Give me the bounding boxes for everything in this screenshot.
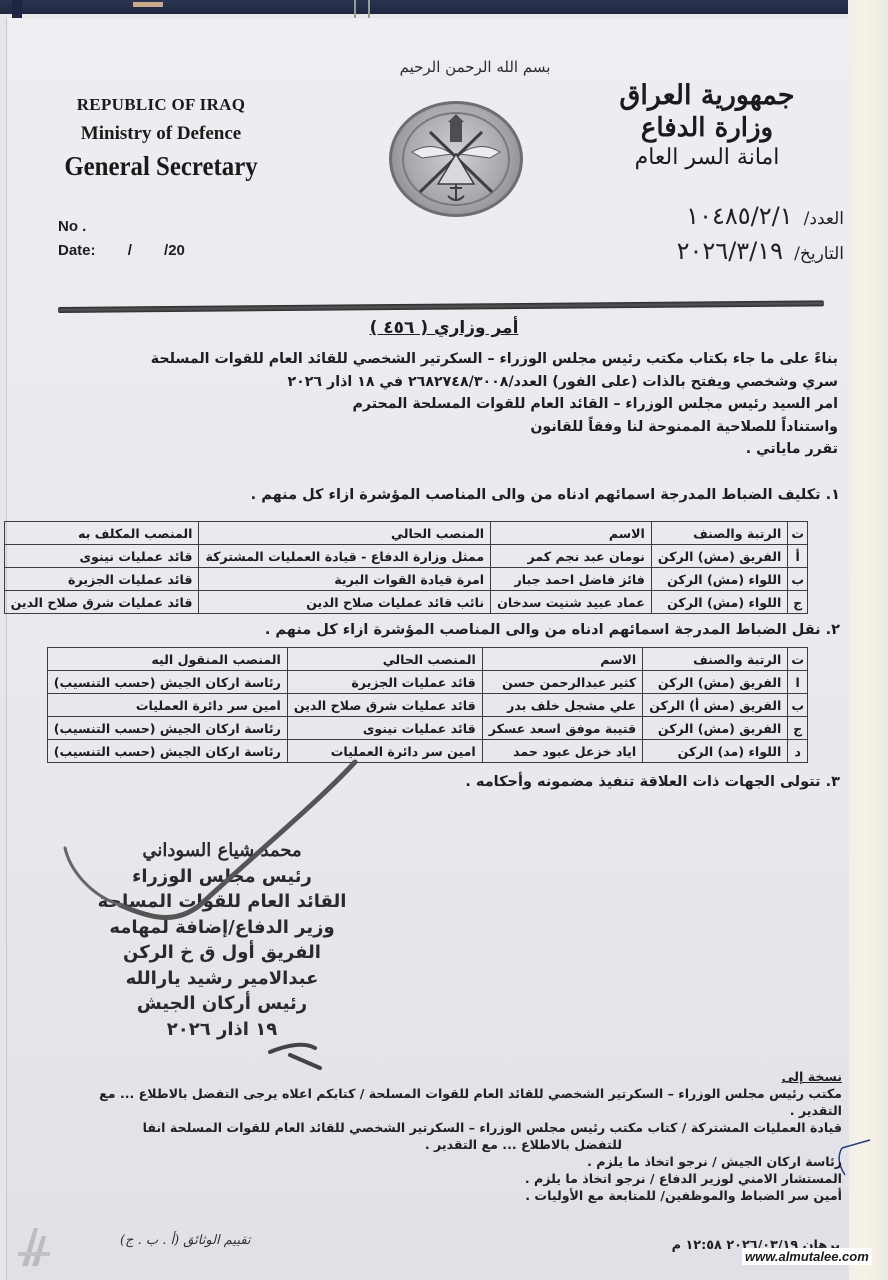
rank-cell: الفريق (مش) الركن (643, 717, 788, 740)
name-cell: فائز فاضل احمد جبار (491, 568, 652, 591)
preamble-line: امر السيد رئيس مجلس الوزراء – القائد الع… (58, 393, 838, 416)
rank-cell: الفريق (مش) الركن (643, 671, 788, 694)
column-header: ت (788, 648, 808, 671)
deputy-name: عبدالامير رشيد يارالله (72, 966, 372, 992)
copies-title: نسخة إلى (52, 1068, 842, 1085)
source-watermark-link[interactable]: www.almutalee.com (742, 1248, 872, 1265)
preamble-line: سري وشخصي ويفتح بالذات (على الفور) العدد… (58, 371, 838, 394)
watermark-logo-icon (14, 1222, 54, 1267)
date-year: /20 (164, 239, 185, 263)
copy-recipient-cont: للتفضل بالاطلاع ... مع التقدير . (52, 1136, 842, 1153)
date-label-ar: التاريخ/ (794, 244, 844, 264)
date-field-en: Date: / /20 (58, 239, 185, 263)
table-row: ج اللواء (مش) الركن عماد عبيد شنيت سدخان… (4, 591, 807, 614)
transfer-post-cell: رئاسة اركان الجيش (حسب التنسيب) (47, 717, 287, 740)
name-cell: اياد خزعل عبود حمد (482, 740, 642, 763)
column-header: الرتبة والصنف (651, 522, 787, 545)
country-name-ar: جمهورية العراق (592, 80, 822, 111)
table-row: أ الفريق (مش) الركن نومان عبد نجم كمر مم… (4, 545, 807, 568)
transfer-post-cell: رئاسة اركان الجيش (حسب التنسيب) (47, 671, 287, 694)
name-cell: علي مشجل خلف بدر (482, 694, 642, 717)
binder-tab (133, 2, 163, 7)
english-reference: No . Date: / /20 (58, 215, 185, 263)
rank-cell: اللواء (مد) الركن (643, 740, 788, 763)
paper-clip-wire (354, 0, 356, 20)
country-name-en: REPUBLIC OF IRAQ (50, 95, 272, 115)
document-classification-note: تقييم الوثائق (أ . ب . ج) (120, 1233, 250, 1248)
section-3-text: ٣. تتولى الجهات ذات العلاقة تنفيذ مضمونه… (465, 774, 840, 790)
copy-recipient: رئاسة اركان الجيش / نرجو اتخاذ ما يلزم . (52, 1153, 842, 1170)
preamble-line: واستناداً للصلاحية الممنوحة لنا وفقاً لل… (58, 416, 838, 439)
signatory-title: رئيس مجلس الوزراء (72, 864, 372, 890)
column-header: الاسم (482, 648, 642, 671)
copy-recipient: مكتب رئيس مجلس الوزراء – السكرتير الشخصي… (52, 1085, 842, 1119)
rank-cell: اللواء (مش) الركن (651, 591, 787, 614)
assignment-table: ت الرتبة والصنف الاسم المنصب الحالي المن… (4, 521, 808, 614)
order-title: أمر وزاري ( ٤٥٦ ) (0, 318, 888, 338)
table-header-row: ت الرتبة والصنف الاسم المنصب الحالي المن… (47, 648, 807, 671)
copy-recipient: المستشار الامني لوزير الدفاع / نرجو اتخا… (52, 1170, 842, 1187)
signatory-title: وزير الدفاع/إضافة لمهامه (72, 915, 372, 941)
department-name-ar: امانة السر العام (592, 145, 822, 170)
table-row: ب اللواء (مش) الركن فائز فاضل احمد جبار … (4, 568, 807, 591)
document-number: العدد/ ١٠٤٨٥/٢/١ (534, 200, 844, 235)
copy-recipient: قيادة العمليات المشتركة / كتاب مكتب رئيس… (52, 1119, 842, 1136)
row-index: ا (788, 671, 808, 694)
column-header: المنصب المكلف به (4, 522, 199, 545)
current-post-cell: قائد عمليات الجزيرة (287, 671, 482, 694)
signature-date: ١٩ اذار ٢٠٢٦ (72, 1017, 372, 1043)
row-index: ب (788, 568, 808, 591)
current-post-cell: نائب قائد عمليات صلاح الدين (199, 591, 491, 614)
english-letterhead: REPUBLIC OF IRAQ Ministry of Defence Gen… (50, 95, 272, 182)
row-index: أ (788, 545, 808, 568)
row-index: د (788, 740, 808, 763)
number-label-en: No . (58, 215, 185, 239)
department-name-en: General Secretary (59, 151, 263, 182)
copies-to-section: نسخة إلى مكتب رئيس مجلس الوزراء – السكرت… (52, 1068, 842, 1204)
column-header: المنصب الحالي (287, 648, 482, 671)
name-cell: عماد عبيد شنيت سدخان (491, 591, 652, 614)
name-cell: كثير عبدالرحمن حسن (482, 671, 642, 694)
column-header: المنصب الحالي (199, 522, 491, 545)
date-separator: / (128, 239, 132, 263)
copy-recipient: أمين سر الضباط والموظفين/ للمتابعة مع ال… (52, 1187, 842, 1204)
date-value-ar: ٢٠٢٦/٣/١٩ (677, 237, 783, 265)
page-edge (848, 0, 888, 1280)
row-index: ج (788, 717, 808, 740)
table-row: ج الفريق (مش) الركن قتيبة موفق اسعد عسكر… (47, 717, 807, 740)
table-row: ا الفريق (مش) الركن كثير عبدالرحمن حسن ق… (47, 671, 807, 694)
number-value-ar: ١٠٤٨٥/٢/١ (686, 202, 792, 230)
current-post-cell: قائد عمليات شرق صلاح الدين (287, 694, 482, 717)
table-row: د اللواء (مد) الركن اياد خزعل عبود حمد ا… (47, 740, 807, 763)
ministry-name-en: Ministry of Defence (50, 123, 272, 145)
table-header-row: ت الرتبة والصنف الاسم المنصب الحالي المن… (4, 522, 807, 545)
document-date: التاريخ/ ٢٠٢٦/٣/١٩ (534, 235, 844, 270)
current-post-cell: قائد عمليات نينوى (287, 717, 482, 740)
arabic-letterhead: جمهورية العراق وزارة الدفاع امانة السر ا… (592, 80, 822, 170)
signatory-title: القائد العام للقوات المسلحة (72, 889, 372, 915)
number-label-ar: العدد/ (804, 209, 844, 229)
signature-block: محمد شياع السوداني رئيس مجلس الوزراء الق… (72, 838, 372, 1042)
ministry-name-ar: وزارة الدفاع (592, 113, 822, 143)
preamble-line: تقرر ماياتي . (58, 438, 838, 461)
transfer-post-cell: امين سر دائرة العمليات (47, 694, 287, 717)
name-cell: نومان عبد نجم كمر (491, 545, 652, 568)
name-cell: قتيبة موفق اسعد عسكر (482, 717, 642, 740)
rank-cell: الفريق (مش) الركن (651, 545, 787, 568)
current-post-cell: امين سر دائرة العمليات (287, 740, 482, 763)
section-1-heading: ١. تكليف الضباط المدرجة اسمائهم ادناه من… (50, 487, 840, 503)
column-header: الرتبة والصنف (643, 648, 788, 671)
table-row: ب الفريق (مش أ) الركن علي مشجل خلف بدر ق… (47, 694, 807, 717)
arabic-reference: العدد/ ١٠٤٨٥/٢/١ التاريخ/ ٢٠٢٦/٣/١٩ (534, 200, 844, 270)
paper-clip-wire (368, 0, 370, 20)
rank-cell: اللواء (مش) الركن (651, 568, 787, 591)
current-post-cell: ممثل وزارة الدفاع - قيادة العمليات المشت… (199, 545, 491, 568)
preamble-line: بناءً على ما جاء بكتاب مكتب رئيس مجلس ال… (58, 348, 838, 371)
binder-corner (12, 0, 22, 20)
order-title-text: أمر وزاري ( ٤٥٦ ) (370, 318, 519, 338)
ministry-emblem-icon (389, 101, 523, 217)
column-header: الاسم (491, 522, 652, 545)
current-post-cell: امرة قيادة القوات البرية (199, 568, 491, 591)
signatory-name: محمد شياع السوداني (72, 838, 372, 864)
order-preamble: بناءً على ما جاء بكتاب مكتب رئيس مجلس ال… (58, 348, 838, 461)
rank-cell: الفريق (مش أ) الركن (643, 694, 788, 717)
row-index: ب (788, 694, 808, 717)
deputy-title: رئيس أركان الجيش (72, 991, 372, 1017)
column-header: المنصب المنقول اليه (47, 648, 287, 671)
basmala-calligraphy: بسم الله الرحمن الرحيم (330, 58, 620, 76)
deputy-rank: الفريق أول ق خ الركن (72, 940, 372, 966)
assigned-post-cell: قائد عمليات شرق صلاح الدين (4, 591, 199, 614)
date-label-en: Date: (58, 242, 96, 259)
transfer-post-cell: رئاسة اركان الجيش (حسب التنسيب) (47, 740, 287, 763)
assigned-post-cell: قائد عمليات نينوى (4, 545, 199, 568)
assigned-post-cell: قائد عمليات الجزيرة (4, 568, 199, 591)
row-index: ج (788, 591, 808, 614)
section-2-heading: ٢. نقل الضباط المدرجة اسمائهم ادناه من و… (50, 622, 840, 638)
column-header: ت (788, 522, 808, 545)
transfer-table: ت الرتبة والصنف الاسم المنصب الحالي المن… (47, 647, 808, 763)
